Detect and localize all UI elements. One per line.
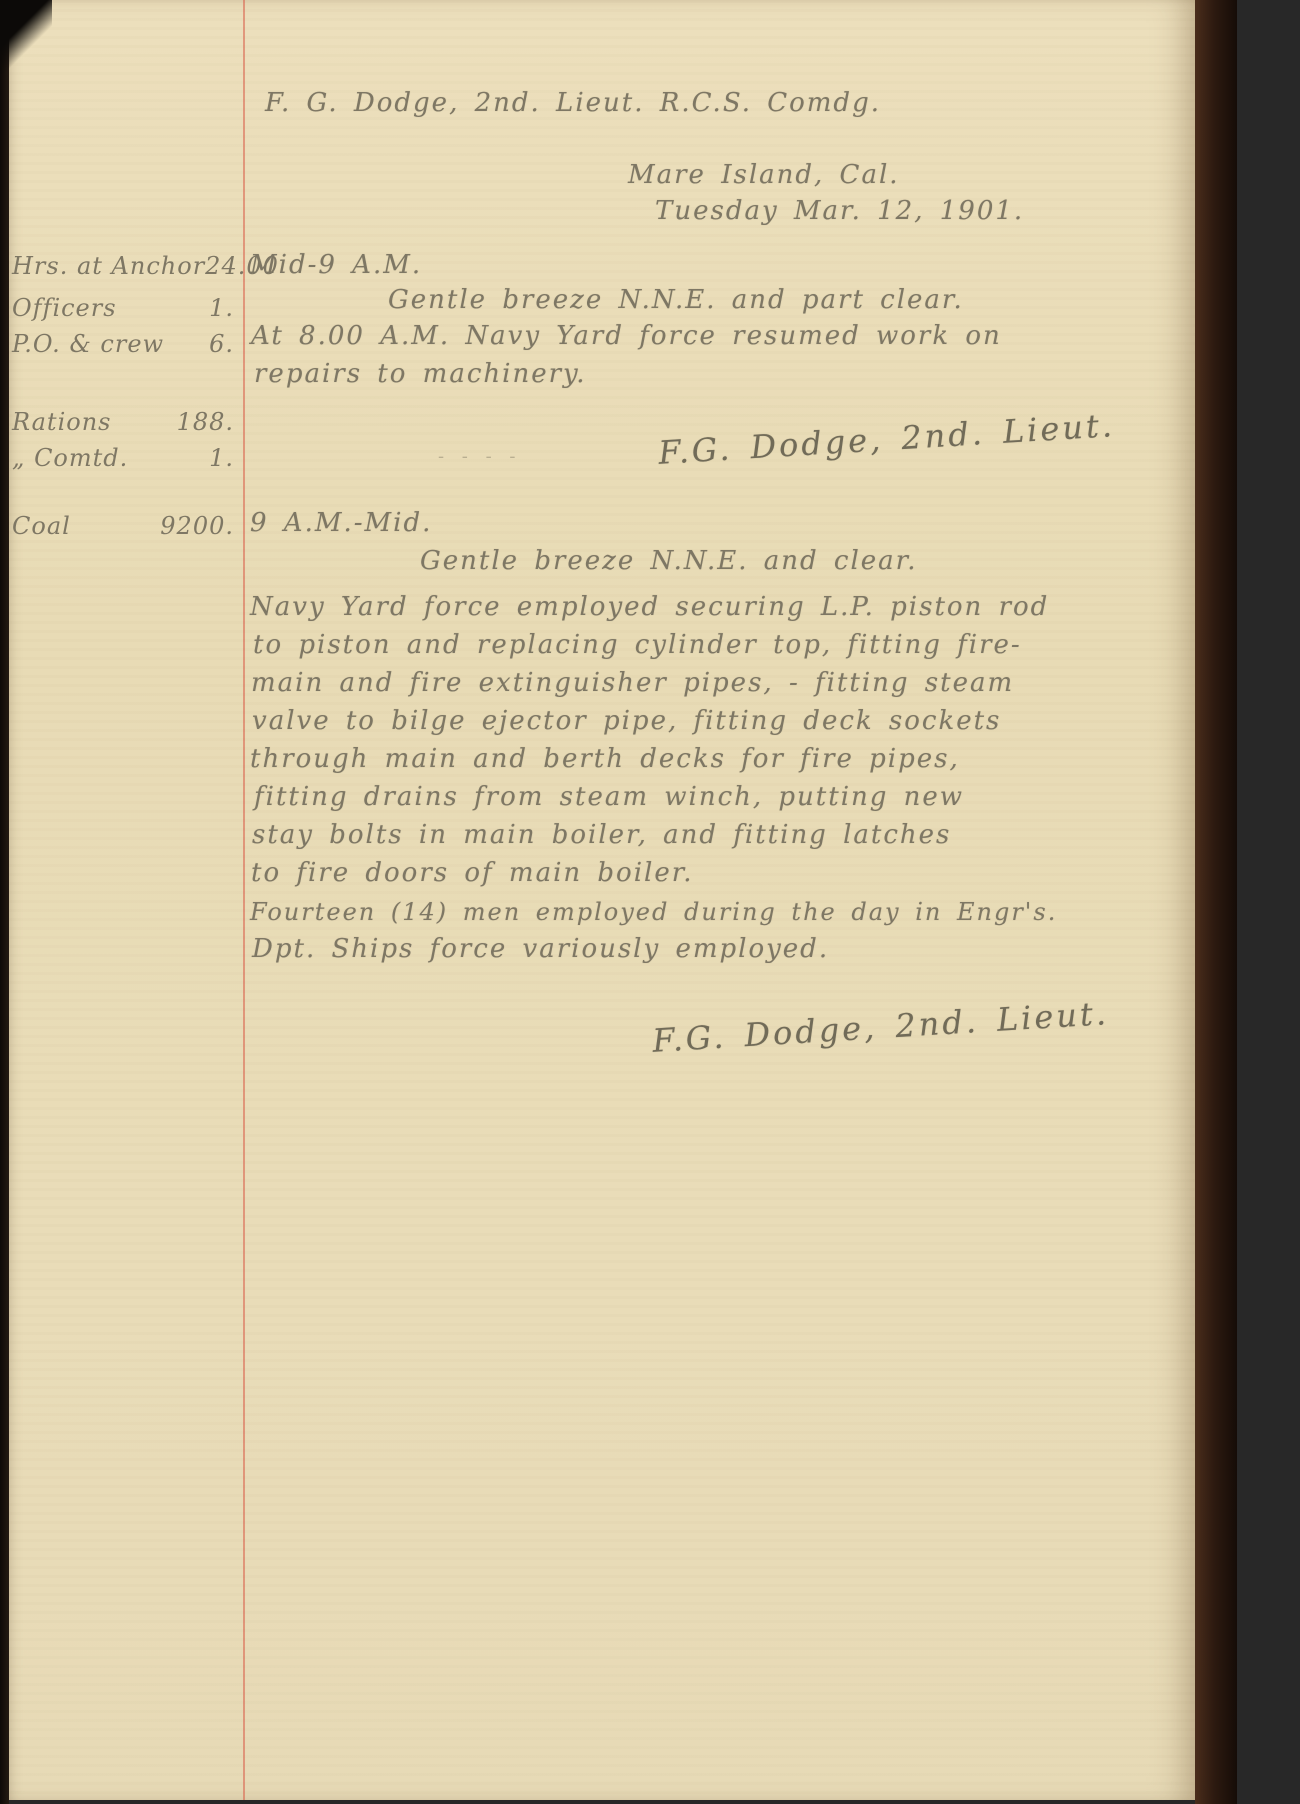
margin-entry: Rations 188. xyxy=(12,408,234,436)
log-line: to piston and replacing cylinder top, fi… xyxy=(253,630,1022,660)
log-line: main and fire extinguisher pipes, - fitt… xyxy=(251,668,1014,698)
margin-label: „ Comtd. xyxy=(12,444,128,472)
log-line: to fire doors of main boiler. xyxy=(251,858,694,888)
margin-entry: „ Comtd. 1. xyxy=(12,444,234,472)
margin-label: Officers xyxy=(12,294,117,322)
margin-value: 9200. xyxy=(160,512,234,540)
book-fore-edge xyxy=(1195,0,1237,1804)
log-line: Navy Yard force employed securing L.P. p… xyxy=(250,592,1049,622)
margin-label: Hrs. at Anchor xyxy=(12,252,205,280)
binding-gutter xyxy=(0,0,9,1804)
weather-line: Gentle breeze N.N.E. and clear. xyxy=(420,546,917,576)
margin-label: Coal xyxy=(12,512,71,540)
margin-value: 1. xyxy=(209,444,234,472)
margin-label: P.O. & crew xyxy=(12,330,164,358)
margin-entry: Officers 1. xyxy=(12,294,234,322)
log-line: stay bolts in main boiler, and fitting l… xyxy=(252,820,951,850)
log-line: fitting drains from steam winch, putting… xyxy=(254,782,964,812)
margin-value: 6. xyxy=(209,330,234,358)
log-line: valve to bilge ejector pipe, fitting dec… xyxy=(252,706,1001,736)
officer-heading: F. G. Dodge, 2nd. Lieut. R.C.S. Comdg. xyxy=(265,88,881,118)
watch-heading: 9 A.M.-Mid. xyxy=(250,508,432,538)
log-line: through main and berth decks for fire pi… xyxy=(250,744,960,774)
margin-entry: Coal 9200. xyxy=(12,512,234,540)
log-line: repairs to machinery. xyxy=(254,359,587,389)
margin-entry: Hrs. at Anchor 24.00 xyxy=(12,252,234,280)
weather-line: Gentle breeze N.N.E. and part clear. xyxy=(388,285,964,315)
log-line: At 8.00 A.M. Navy Yard force resumed wor… xyxy=(251,321,1002,351)
location-line: Mare Island, Cal. xyxy=(628,160,900,190)
log-line: Fourteen (14) men employed during the da… xyxy=(250,898,1057,926)
margin-value: 1. xyxy=(209,294,234,322)
log-line: Dpt. Ships force variously employed. xyxy=(252,934,829,964)
faint-dots: - - - - xyxy=(438,446,522,467)
scanned-logbook-page: F. G. Dodge, 2nd. Lieut. R.C.S. Comdg. M… xyxy=(0,0,1300,1804)
margin-label: Rations xyxy=(12,408,111,436)
margin-entry: P.O. & crew 6. xyxy=(12,330,234,358)
watch-heading: Mid-9 A.M. xyxy=(250,250,422,280)
date-line: Tuesday Mar. 12, 1901. xyxy=(655,196,1024,226)
margin-value: 188. xyxy=(177,408,234,436)
corner-shadow xyxy=(0,0,52,74)
